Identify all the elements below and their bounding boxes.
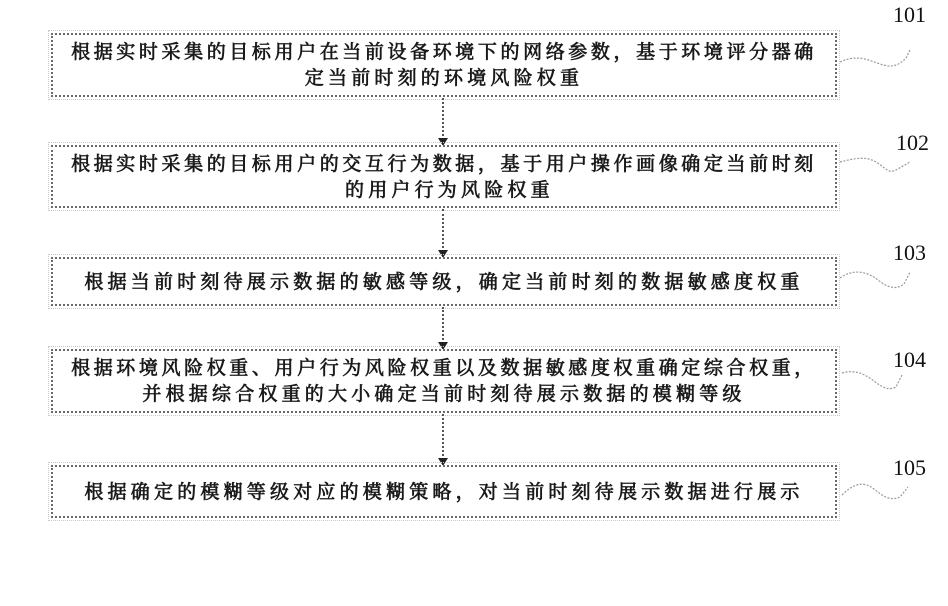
leader-line-104 bbox=[838, 365, 918, 405]
step-103-line-1: 根据当前时刻待展示数据的敏感等级，确定当前时刻的数据敏感度权重 bbox=[84, 269, 803, 295]
arrow-104-to-105 bbox=[442, 414, 446, 464]
leader-line-102 bbox=[838, 150, 918, 190]
leader-line-103 bbox=[838, 262, 918, 302]
step-box-102: 根据实时采集的目标用户的交互行为数据，基于用户操作画像确定当前时刻 的用户行为风… bbox=[51, 145, 837, 208]
step-101-line-1: 根据实时采集的目标用户在当前设备环境下的网络参数，基于环境评分器确 bbox=[71, 39, 817, 65]
leader-line-105 bbox=[838, 475, 918, 515]
arrow-101-to-102 bbox=[442, 98, 446, 144]
step-105-line-1: 根据确定的模糊等级对应的模糊策略，对当前时刻待展示数据进行展示 bbox=[84, 479, 803, 505]
leader-line-101 bbox=[838, 20, 918, 70]
step-box-105: 根据确定的模糊等级对应的模糊策略，对当前时刻待展示数据进行展示 bbox=[51, 465, 837, 518]
arrow-102-to-103 bbox=[442, 209, 446, 256]
arrow-103-to-104 bbox=[442, 307, 446, 348]
step-104-line-1: 根据环境风险权重、用户行为风险权重以及数据敏感度权重确定综合权重， bbox=[71, 355, 817, 381]
step-104-line-2: 并根据综合权重的大小确定当前时刻待展示数据的模糊等级 bbox=[142, 381, 745, 407]
step-102-line-2: 的用户行为风险权重 bbox=[61, 177, 554, 203]
step-box-104: 根据环境风险权重、用户行为风险权重以及数据敏感度权重确定综合权重， 并根据综合权… bbox=[51, 349, 837, 413]
step-box-101: 根据实时采集的目标用户在当前设备环境下的网络参数，基于环境评分器确 定当前时刻的… bbox=[51, 33, 837, 97]
step-102-line-1: 根据实时采集的目标用户的交互行为数据，基于用户操作画像确定当前时刻 bbox=[71, 151, 817, 177]
step-101-line-2: 定当前时刻的环境风险权重 bbox=[305, 65, 583, 91]
step-box-103: 根据当前时刻待展示数据的敏感等级，确定当前时刻的数据敏感度权重 bbox=[51, 257, 837, 306]
